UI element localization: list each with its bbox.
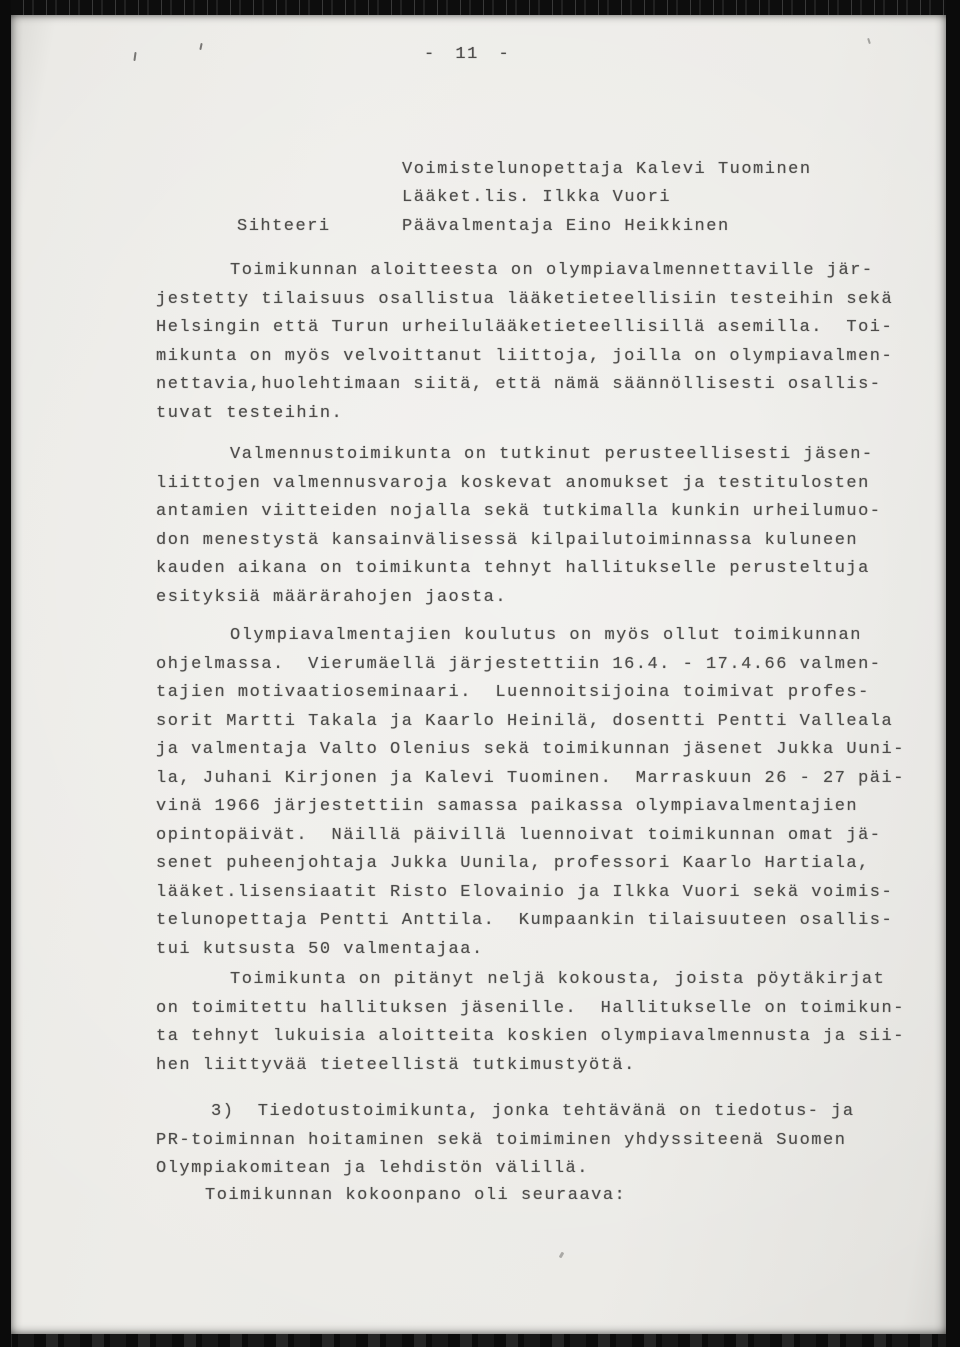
text-line: Valmennustoimikunta on tutkinut perustee… bbox=[156, 441, 882, 470]
text-line: on toimitettu hallituksen jäsenille. Hal… bbox=[156, 995, 905, 1024]
scanned-document: - 11 - Voimistelunopettaja Kalevi Tuomin… bbox=[0, 0, 960, 1347]
text-line: la, Juhani Kirjonen ja Kalevi Tuominen. … bbox=[156, 765, 905, 794]
text-line: vinä 1966 järjestettiin samassa paikassa… bbox=[156, 793, 905, 822]
official-name: Päävalmentaja Eino Heikkinen bbox=[402, 217, 730, 236]
scan-speck bbox=[867, 38, 871, 44]
text-line: PR-toiminnan hoitaminen sekä toimiminen … bbox=[156, 1127, 855, 1156]
text-line: Olympiakomitean ja lehdistön välillä. bbox=[156, 1155, 855, 1184]
text-line: tui kutsusta 50 valmentajaa. bbox=[156, 936, 905, 965]
text-line: Toimikunnan aloitteesta on olympiavalmen… bbox=[156, 257, 893, 286]
scan-speck bbox=[199, 43, 202, 50]
text-line: nettavia,huolehtimaan siitä, että nämä s… bbox=[156, 371, 893, 400]
text-line: esityksiä määrärahojen jaosta. bbox=[156, 584, 882, 613]
text-line: ohjelmassa. Vierumäellä järjestettiin 16… bbox=[156, 651, 905, 680]
page-number: - 11 - bbox=[424, 45, 510, 64]
paragraph: Toimikunnan aloitteesta on olympiavalmen… bbox=[156, 257, 893, 428]
page-content: - 11 - Voimistelunopettaja Kalevi Tuomin… bbox=[0, 0, 960, 1347]
text-line: ja valmentaja Valto Olenius sekä toimiku… bbox=[156, 736, 905, 765]
text-line: 3) Tiedotustoimikunta, jonka tehtävänä o… bbox=[156, 1098, 855, 1127]
text-line: jestetty tilaisuus osallistua lääketiete… bbox=[156, 286, 893, 315]
text-line: tajien motivaatioseminaari. Luennoitsijo… bbox=[156, 679, 905, 708]
text-line: senet puheenjohtaja Jukka Uunila, profes… bbox=[156, 850, 905, 879]
text-line: tuvat testeihin. bbox=[156, 400, 893, 429]
text-line: Helsingin että Turun urheilulääketieteel… bbox=[156, 314, 893, 343]
text-line: kauden aikana on toimikunta tehnyt halli… bbox=[156, 555, 882, 584]
official-name: Lääket.lis. Ilkka Vuori bbox=[402, 188, 671, 207]
official-name: Voimistelunopettaja Kalevi Tuominen bbox=[402, 160, 812, 179]
paragraph: Valmennustoimikunta on tutkinut perustee… bbox=[156, 441, 882, 612]
text-line: lääket.lisensiaatit Risto Elovainio ja I… bbox=[156, 879, 905, 908]
text-line: liittojen valmennusvaroja koskevat anomu… bbox=[156, 470, 882, 499]
text-line: don menestystä kansainvälisessä kilpailu… bbox=[156, 527, 882, 556]
text-line: mikunta on myös velvoittanut liittoja, j… bbox=[156, 343, 893, 372]
closing-line: Toimikunnan kokoonpano oli seuraava: bbox=[205, 1186, 626, 1205]
paragraph: Toimikunta on pitänyt neljä kokousta, jo… bbox=[156, 966, 905, 1080]
official-role: Sihteeri bbox=[237, 217, 331, 236]
text-line: Toimikunta on pitänyt neljä kokousta, jo… bbox=[156, 966, 905, 995]
scan-speck bbox=[133, 52, 136, 61]
scan-speck bbox=[559, 1252, 565, 1259]
paragraph: 3) Tiedotustoimikunta, jonka tehtävänä o… bbox=[156, 1098, 855, 1184]
text-line: sorit Martti Takala ja Kaarlo Heinilä, d… bbox=[156, 708, 905, 737]
text-line: ta tehnyt lukuisia aloitteita koskien ol… bbox=[156, 1023, 905, 1052]
text-line: antamien viitteiden nojalla sekä tutkima… bbox=[156, 498, 882, 527]
text-line: telunopettaja Pentti Anttila. Kumpaankin… bbox=[156, 907, 905, 936]
text-line: hen liittyvää tieteellistä tutkimustyötä… bbox=[156, 1052, 905, 1081]
text-line: Olympiavalmentajien koulutus on myös oll… bbox=[156, 622, 905, 651]
paragraph: Olympiavalmentajien koulutus on myös oll… bbox=[156, 622, 905, 964]
text-line: opintopäivät. Näillä päivillä luennoivat… bbox=[156, 822, 905, 851]
